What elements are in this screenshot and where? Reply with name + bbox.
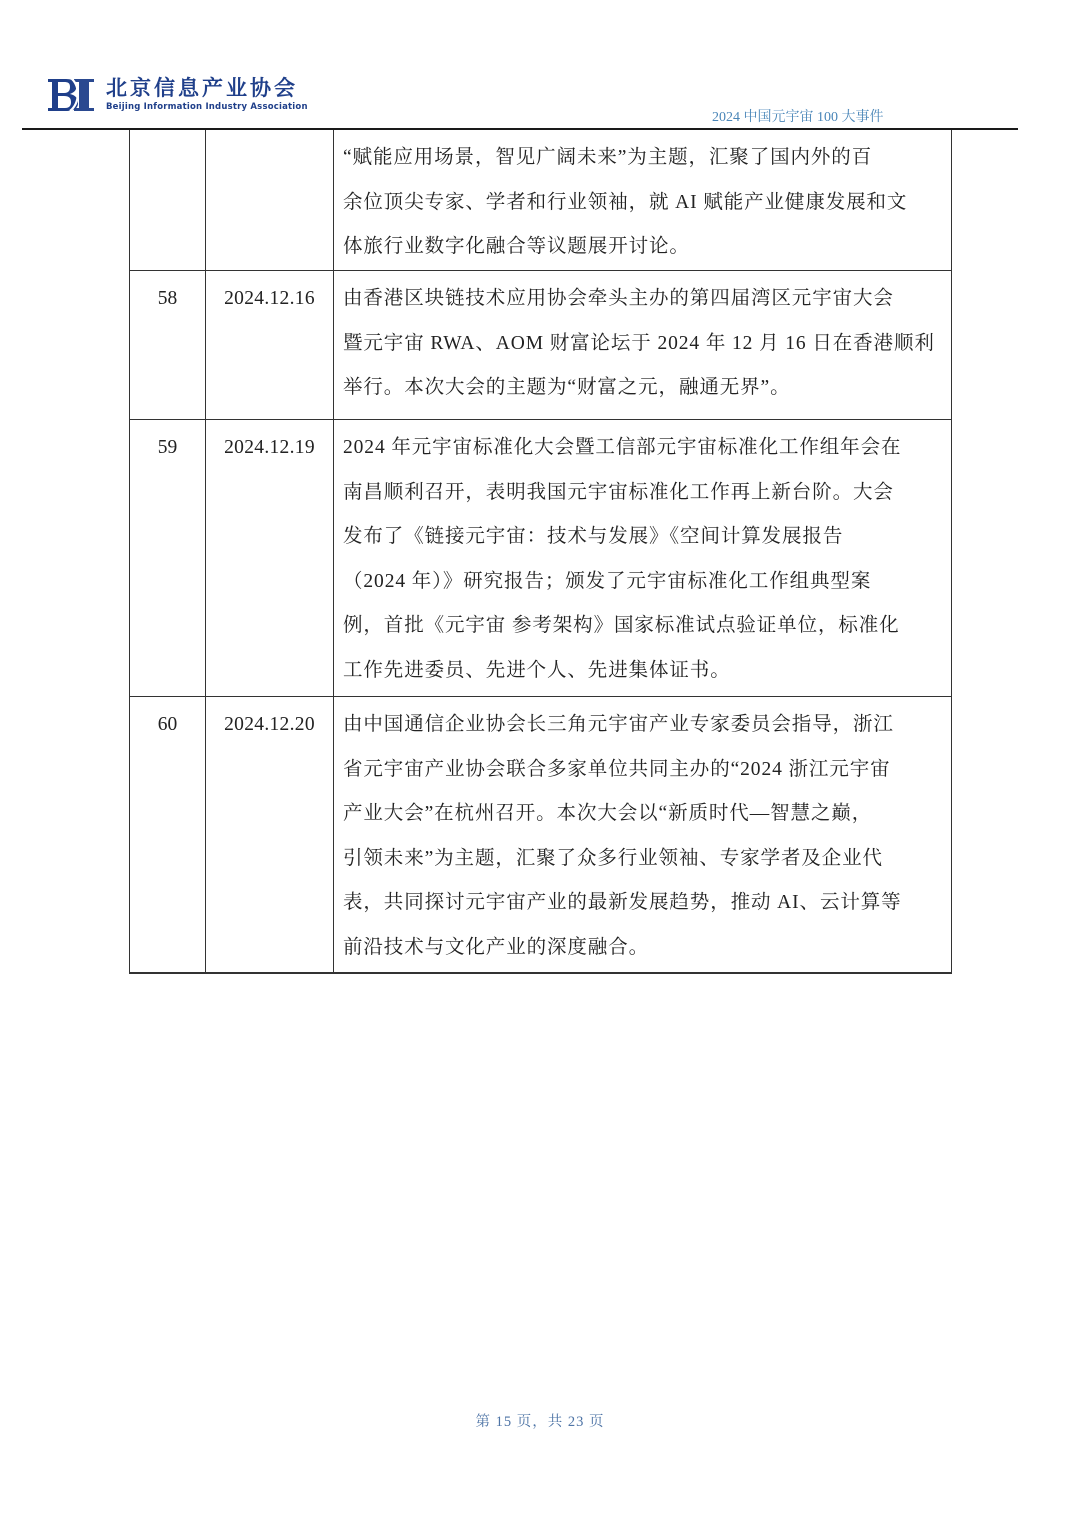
description-line: 例，首批《元宇宙 参考架构》国家标准试点验证单位，标准化 xyxy=(343,604,943,649)
event-date: 2024.12.19 xyxy=(206,420,334,696)
description-line: 南昌顺利召开，表明我国元宇宙标准化工作再上新台阶。大会 xyxy=(343,471,943,516)
description-line: 2024 年元宇宙标准化大会暨工信部元宇宙标准化工作组年会在 xyxy=(343,426,943,471)
description-line: 举行。本次大会的主题为“财富之元，融通无界”。 xyxy=(343,366,943,411)
bi-logo-icon xyxy=(46,77,96,113)
description-line: 体旅行业数字化融合等议题展开讨论。 xyxy=(343,225,943,270)
event-date: 2024.12.20 xyxy=(206,697,334,972)
event-date: 2024.12.16 xyxy=(206,271,334,419)
table-row: 60 2024.12.20 由中国通信企业协会长三角元宇宙产业专家委员会指导，浙… xyxy=(130,696,951,972)
page-indicator: 第 15 页，共 23 页 xyxy=(0,1410,1080,1431)
event-number: 59 xyxy=(130,420,206,696)
table-row: 59 2024.12.19 2024 年元宇宙标准化大会暨工信部元宇宙标准化工作… xyxy=(130,419,951,696)
event-date xyxy=(206,130,334,270)
org-name-cn: 北京信息产业协会 xyxy=(106,76,308,100)
document-title: 2024 中国元宇宙 100 大事件 xyxy=(712,106,884,126)
description-line: 产业大会”在杭州召开。本次大会以“新质时代—智慧之巅， xyxy=(343,792,943,837)
event-description: 由香港区块链技术应用协会牵头主办的第四届湾区元宇宙大会 暨元宇宙 RWA、AOM… xyxy=(334,271,951,419)
event-number xyxy=(130,130,206,270)
description-line: 表，共同探讨元宇宙产业的最新发展趋势，推动 AI、云计算等 xyxy=(343,881,943,926)
description-line: 引领未来”为主题，汇聚了众多行业领袖、专家学者及企业代 xyxy=(343,837,943,882)
table-row: “赋能应用场景，智见广阔未来”为主题，汇聚了国内外的百 余位顶尖专家、学者和行业… xyxy=(130,130,951,270)
event-number: 58 xyxy=(130,271,206,419)
description-line: 由中国通信企业协会长三角元宇宙产业专家委员会指导，浙江 xyxy=(343,703,943,748)
event-description: “赋能应用场景，智见广阔未来”为主题，汇聚了国内外的百 余位顶尖专家、学者和行业… xyxy=(334,130,951,270)
description-line: 省元宇宙产业协会联合多家单位共同主办的“2024 浙江元宇宙 xyxy=(343,748,943,793)
description-line: （2024 年）》研究报告；颁发了元宇宙标准化工作组典型案 xyxy=(343,560,943,605)
event-description: 2024 年元宇宙标准化大会暨工信部元宇宙标准化工作组年会在 南昌顺利召开，表明… xyxy=(334,420,951,696)
event-number: 60 xyxy=(130,697,206,972)
description-line: “赋能应用场景，智见广阔未来”为主题，汇聚了国内外的百 xyxy=(343,136,943,181)
description-line: 由香港区块链技术应用协会牵头主办的第四届湾区元宇宙大会 xyxy=(343,277,943,322)
table-row: 58 2024.12.16 由香港区块链技术应用协会牵头主办的第四届湾区元宇宙大… xyxy=(130,270,951,419)
org-logo: 北京信息产业协会 Beijing Information Industry As… xyxy=(46,76,308,113)
event-description: 由中国通信企业协会长三角元宇宙产业专家委员会指导，浙江 省元宇宙产业协会联合多家… xyxy=(334,697,951,972)
description-line: 暨元宇宙 RWA、AOM 财富论坛于 2024 年 12 月 16 日在香港顺利 xyxy=(343,322,943,367)
org-name-en: Beijing Information Industry Association xyxy=(106,102,308,113)
description-line: 余位顶尖专家、学者和行业领袖，就 AI 赋能产业健康发展和文 xyxy=(343,181,943,226)
description-line: 工作先进委员、先进个人、先进集体证书。 xyxy=(343,649,943,694)
description-line: 前沿技术与文化产业的深度融合。 xyxy=(343,926,943,971)
description-line: 发布了《链接元宇宙：技术与发展》《空间计算发展报告 xyxy=(343,515,943,560)
events-table: “赋能应用场景，智见广阔未来”为主题，汇聚了国内外的百 余位顶尖专家、学者和行业… xyxy=(129,130,952,974)
